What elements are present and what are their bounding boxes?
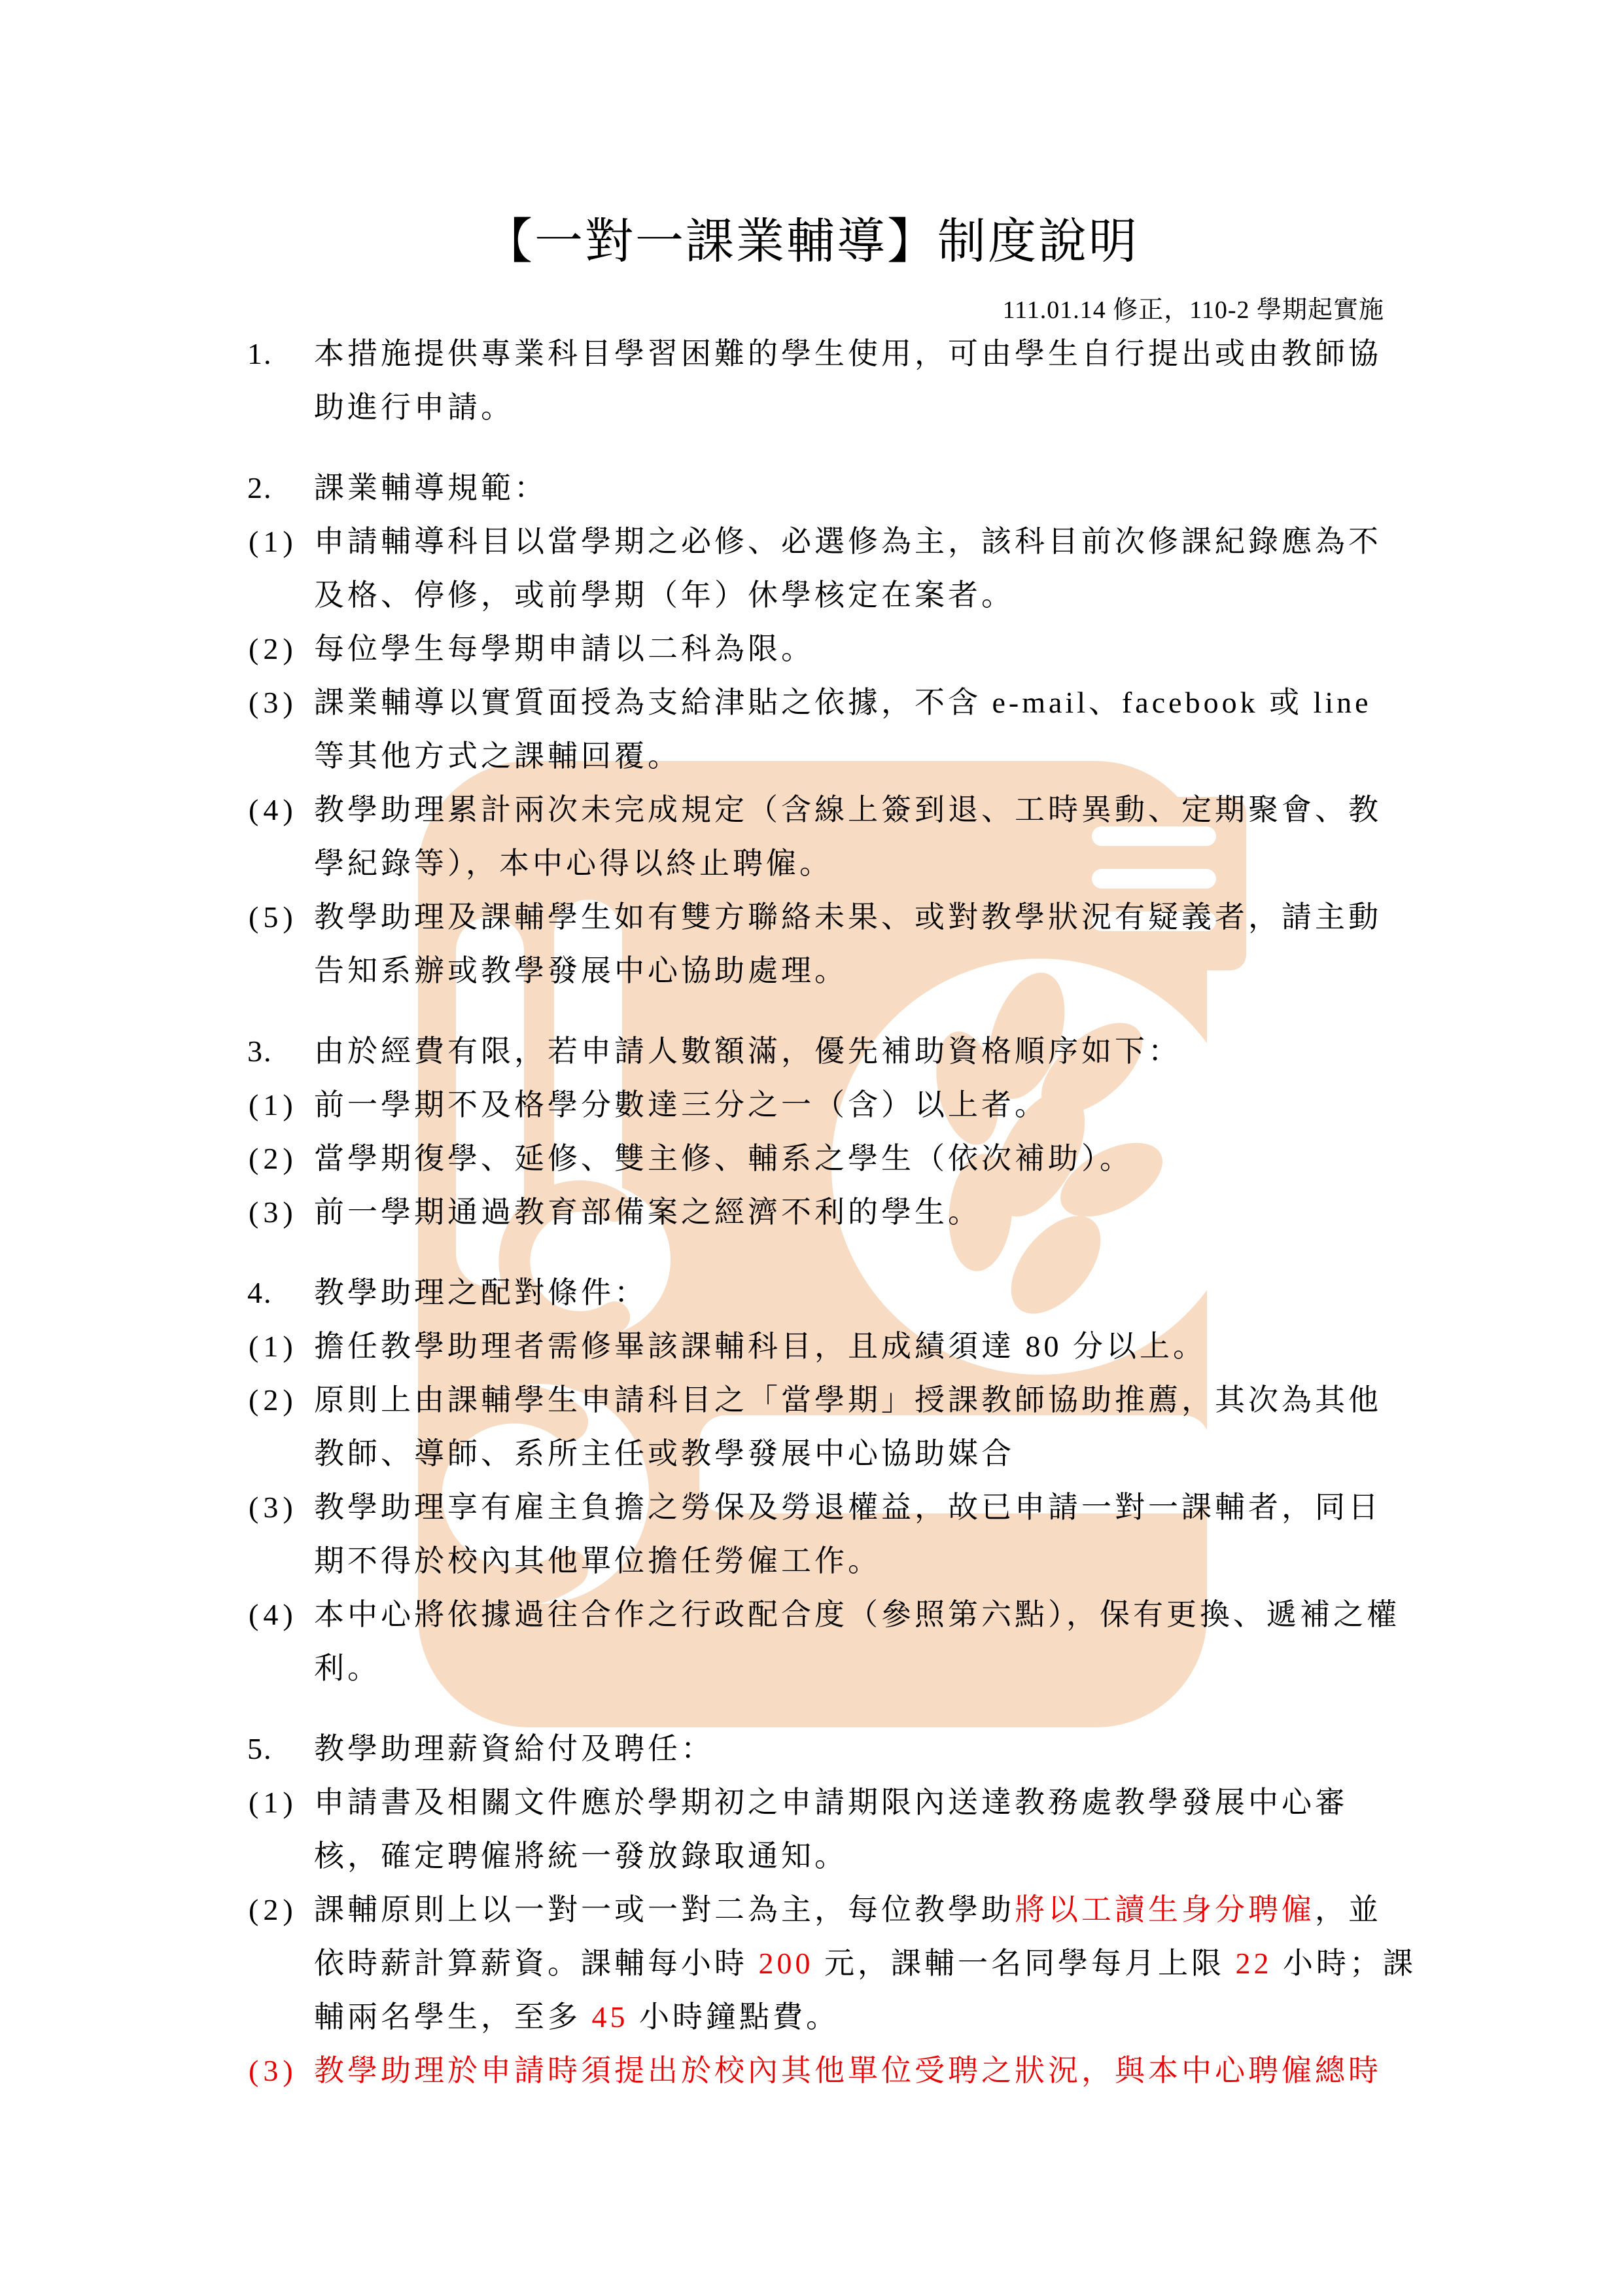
text-line: 教學助理享有雇主負擔之勞保及勞退權益，故已申請一對一課輔者，同日 (314, 1481, 1623, 1534)
body-text: 小時；課 (1272, 1947, 1417, 1980)
text-line: 原則上由課輔學生申請科目之「當學期」授課教師協助推薦，其次為其他 (314, 1373, 1623, 1427)
body-text: 學紀錄等），本中心得以終止聘僱。 (314, 847, 833, 880)
body-text: 利。 (314, 1651, 381, 1685)
body-text: 教師、導師、系所主任或教學發展中心協助媒合 (314, 1437, 1015, 1470)
body-text: 本中心將依據過往合作之行政配合度（參照第六點），保有更換、遞補之權 (314, 1598, 1400, 1631)
body-text: 等其他方式之課輔回覆。 (314, 739, 681, 773)
text-line: 由於經費有限，若申請人數額滿，優先補助資格順序如下： (314, 1025, 1623, 1078)
body-text: 申請輔導科目以當學期之必修、必選修為主，該科目前次修課紀錄應為不 (314, 525, 1382, 558)
item-number: (2) (249, 1373, 298, 1427)
body-text: 教學助理及課輔學生如有雙方聯絡未果、或對教學狀況有疑義者，請主動 (314, 900, 1382, 934)
sub-item: (2)當學期復學、延修、雙主修、輔系之學生（依次補助）。 (0, 1132, 1623, 1186)
text-line: 擔任教學助理者需修畢該課輔科目，且成績須達 80 分以上。 (314, 1320, 1623, 1373)
text-line: 前一學期通過教育部備案之經濟不利的學生。 (314, 1186, 1623, 1239)
sub-item: (4)本中心將依據過往合作之行政配合度（參照第六點），保有更換、遞補之權利。 (0, 1588, 1623, 1695)
sub-item: (3)課業輔導以實質面授為支給津貼之依據，不含 e-mail、facebook … (0, 676, 1623, 783)
item-number: (1) (249, 1776, 298, 1829)
section-item: 1.本措施提供專業科目學習困難的學生使用，可由學生自行提出或由教師協助進行申請。 (0, 327, 1623, 434)
text-line: 本中心將依據過往合作之行政配合度（參照第六點），保有更換、遞補之權 (314, 1588, 1623, 1642)
body-text: 助進行申請。 (314, 391, 514, 424)
text-line: 課輔原則上以一對一或一對二為主，每位教學助將以工讀生身分聘僱，並 (314, 1883, 1623, 1937)
sub-item: (3)教學助理享有雇主負擔之勞保及勞退權益，故已申請一對一課輔者，同日期不得於校… (0, 1481, 1623, 1588)
body-text: 教學助理累計兩次未完成規定（含線上簽到退、工時異動、定期聚會、教 (314, 793, 1382, 826)
highlighted-text: 200 (759, 1947, 814, 1980)
highlighted-text: 教學助理於申請時須提出於校內其他單位受聘之狀況，與本中心聘僱總時 (314, 2054, 1382, 2087)
text-line: 教師、導師、系所主任或教學發展中心協助媒合 (314, 1427, 1623, 1481)
body-text: 原則上由課輔學生申請科目之「當學期」授課教師協助推薦，其次為其他 (314, 1383, 1382, 1417)
item-number: (3) (249, 1186, 298, 1239)
body-text: 每位學生每學期申請以二科為限。 (314, 632, 814, 665)
document-page: 【一對一課業輔導】制度說明 111.01.14 修正，110-2 學期起實施 1… (0, 0, 1623, 2296)
item-number: (3) (249, 1481, 298, 1534)
item-number: (2) (249, 622, 298, 676)
item-number: (1) (249, 515, 298, 569)
item-number: (3) (249, 2044, 298, 2098)
sub-item: (1)申請輔導科目以當學期之必修、必選修為主，該科目前次修課紀錄應為不及格、停修… (0, 515, 1623, 622)
sub-item: (3)前一學期通過教育部備案之經濟不利的學生。 (0, 1186, 1623, 1239)
text-line: 教學助理薪資給付及聘任： (314, 1722, 1623, 1776)
body-text: 元，課輔一名同學每月上限 (814, 1947, 1236, 1980)
sub-item: (1)擔任教學助理者需修畢該課輔科目，且成績須達 80 分以上。 (0, 1320, 1623, 1373)
text-line: 課業輔導以實質面授為支給津貼之依據，不含 e-mail、facebook 或 l… (314, 676, 1623, 730)
text-line: 教學助理累計兩次未完成規定（含線上簽到退、工時異動、定期聚會、教 (314, 783, 1623, 837)
text-line: 學紀錄等），本中心得以終止聘僱。 (314, 837, 1623, 891)
revision-note: 111.01.14 修正，110-2 學期起實施 (0, 295, 1623, 325)
item-number: 4. (247, 1266, 273, 1320)
document-content: 【一對一課業輔導】制度說明 111.01.14 修正，110-2 學期起實施 1… (0, 0, 1623, 2098)
text-line: 利。 (314, 1642, 1623, 1695)
item-number: 5. (247, 1722, 273, 1776)
body-text: 前一學期不及格學分數達三分之一（含）以上者。 (314, 1088, 1048, 1122)
body-text: 教學助理享有雇主負擔之勞保及勞退權益，故已申請一對一課輔者，同日 (314, 1491, 1382, 1524)
section-item: 2.課業輔導規範： (0, 461, 1623, 515)
item-number: (2) (249, 1132, 298, 1186)
body-text: 教學助理之配對條件： (314, 1276, 648, 1309)
body-text: 核，確定聘僱將統一發放錄取通知。 (314, 1839, 848, 1873)
text-line: 本措施提供專業科目學習困難的學生使用，可由學生自行提出或由教師協 (314, 327, 1623, 381)
sub-item: (1)前一學期不及格學分數達三分之一（含）以上者。 (0, 1078, 1623, 1132)
item-number: (5) (249, 891, 298, 944)
text-line: 期不得於校內其他單位擔任勞僱工作。 (314, 1534, 1623, 1588)
text-line: 依時薪計算薪資。課輔每小時 200 元，課輔一名同學每月上限 22 小時；課 (314, 1937, 1623, 1990)
body-text: 及格、停修，或前學期（年）休學核定在案者。 (314, 578, 1015, 612)
body-text: 申請書及相關文件應於學期初之申請期限內送達教務處教學發展中心審 (314, 1786, 1348, 1819)
item-number: (4) (249, 1588, 298, 1642)
sub-item: (2)原則上由課輔學生申請科目之「當學期」授課教師協助推薦，其次為其他教師、導師… (0, 1373, 1623, 1481)
text-line: 申請書及相關文件應於學期初之申請期限內送達教務處教學發展中心審 (314, 1776, 1623, 1829)
item-number: (1) (249, 1320, 298, 1373)
sub-item: (4)教學助理累計兩次未完成規定（含線上簽到退、工時異動、定期聚會、教學紀錄等）… (0, 783, 1623, 891)
text-line: 課業輔導規範： (314, 461, 1623, 515)
text-line: 每位學生每學期申請以二科為限。 (314, 622, 1623, 676)
body-text: 由於經費有限，若申請人數額滿，優先補助資格順序如下： (314, 1034, 1181, 1068)
text-line: 助進行申請。 (314, 381, 1623, 434)
body-text: 課輔原則上以一對一或一對二為主，每位教學助 (314, 1893, 1015, 1926)
body-text: 本措施提供專業科目學習困難的學生使用，可由學生自行提出或由教師協 (314, 337, 1382, 370)
body-text: 擔任教學助理者需修畢該課輔科目，且成績須達 80 分以上。 (314, 1330, 1206, 1363)
sub-item: (2)課輔原則上以一對一或一對二為主，每位教學助將以工讀生身分聘僱，並依時薪計算… (0, 1883, 1623, 2044)
body-text: 課業輔導以實質面授為支給津貼之依據，不含 e-mail、facebook 或 l… (314, 686, 1372, 719)
item-number: 1. (247, 327, 273, 381)
body-text: ，並 (1315, 1893, 1382, 1926)
body-text: 當學期復學、延修、雙主修、輔系之學生（依次補助）。 (314, 1142, 1133, 1175)
highlighted-text: 將以工讀生身分聘僱 (1015, 1893, 1315, 1926)
text-line: 等其他方式之課輔回覆。 (314, 730, 1623, 783)
sub-item: (5)教學助理及課輔學生如有雙方聯絡未果、或對教學狀況有疑義者，請主動告知系辦或… (0, 891, 1623, 998)
text-line: 教學助理及課輔學生如有雙方聯絡未果、或對教學狀況有疑義者，請主動 (314, 891, 1623, 944)
highlighted-text: 45 (592, 2000, 629, 2034)
highlighted-text: 22 (1236, 1947, 1272, 1980)
body-text: 輔兩名學生，至多 (314, 2000, 592, 2034)
item-number: (1) (249, 1078, 298, 1132)
text-line: 告知系辦或教學發展中心協助處理。 (314, 944, 1623, 998)
body-text: 期不得於校內其他單位擔任勞僱工作。 (314, 1544, 881, 1578)
body-text: 小時鐘點費。 (629, 2000, 840, 2034)
text-line: 當學期復學、延修、雙主修、輔系之學生（依次補助）。 (314, 1132, 1623, 1186)
section-item: 4.教學助理之配對條件： (0, 1266, 1623, 1320)
item-number: 2. (247, 461, 273, 515)
item-number: (2) (249, 1883, 298, 1937)
item-number: (4) (249, 783, 298, 837)
text-line: 核，確定聘僱將統一發放錄取通知。 (314, 1829, 1623, 1883)
body-text: 前一學期通過教育部備案之經濟不利的學生。 (314, 1195, 981, 1229)
item-number: 3. (247, 1025, 273, 1078)
sub-item: (3)教學助理於申請時須提出於校內其他單位受聘之狀況，與本中心聘僱總時 (0, 2044, 1623, 2098)
body-text: 教學助理薪資給付及聘任： (314, 1732, 714, 1765)
sub-item: (2)每位學生每學期申請以二科為限。 (0, 622, 1623, 676)
page-title: 【一對一課業輔導】制度說明 (0, 0, 1623, 274)
item-number: (3) (249, 676, 298, 730)
section-item: 5.教學助理薪資給付及聘任： (0, 1722, 1623, 1776)
section-item: 3.由於經費有限，若申請人數額滿，優先補助資格順序如下： (0, 1025, 1623, 1078)
text-line: 及格、停修，或前學期（年）休學核定在案者。 (314, 569, 1623, 622)
text-line: 教學助理於申請時須提出於校內其他單位受聘之狀況，與本中心聘僱總時 (314, 2044, 1623, 2098)
document-body: 1.本措施提供專業科目學習困難的學生使用，可由學生自行提出或由教師協助進行申請。… (0, 327, 1623, 2098)
text-line: 教學助理之配對條件： (314, 1266, 1623, 1320)
text-line: 前一學期不及格學分數達三分之一（含）以上者。 (314, 1078, 1623, 1132)
body-text: 告知系辦或教學發展中心協助處理。 (314, 954, 848, 987)
body-text: 依時薪計算薪資。課輔每小時 (314, 1947, 759, 1980)
text-line: 申請輔導科目以當學期之必修、必選修為主，該科目前次修課紀錄應為不 (314, 515, 1623, 569)
body-text: 課業輔導規範： (314, 471, 548, 504)
sub-item: (1)申請書及相關文件應於學期初之申請期限內送達教務處教學發展中心審核，確定聘僱… (0, 1776, 1623, 1883)
text-line: 輔兩名學生，至多 45 小時鐘點費。 (314, 1990, 1623, 2044)
